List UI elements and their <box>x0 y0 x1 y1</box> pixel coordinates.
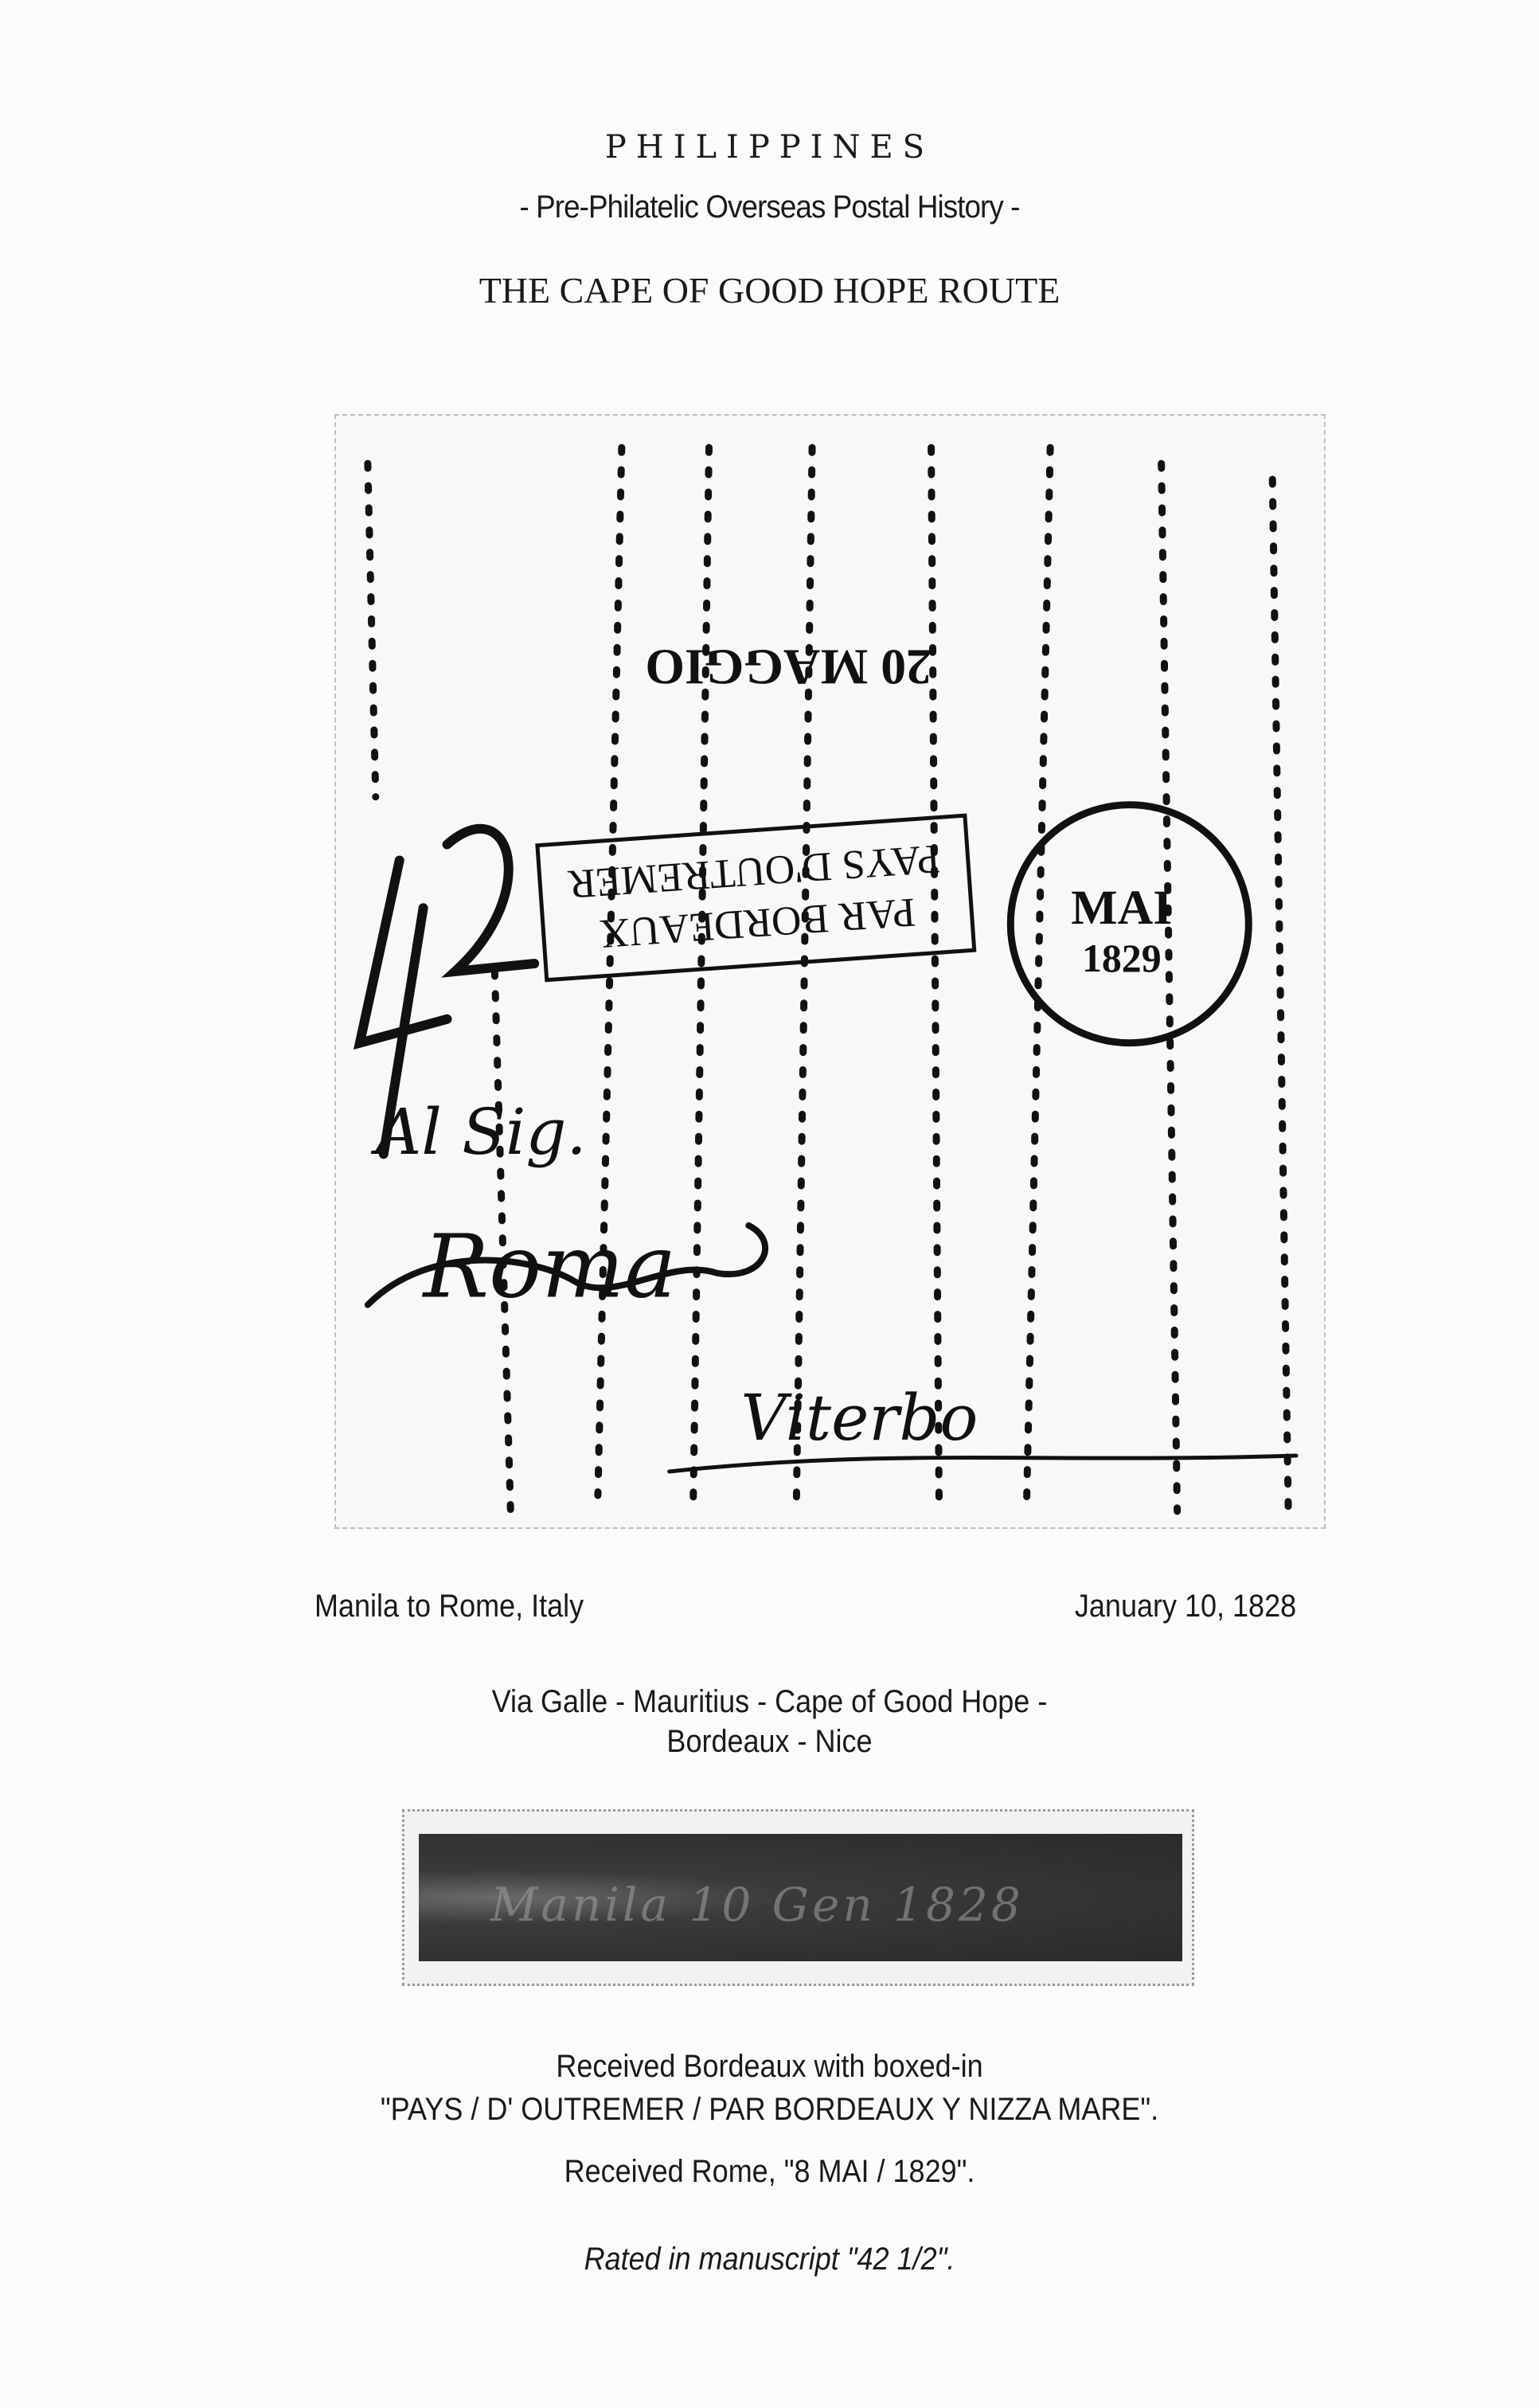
svg-text:Viterbo: Viterbo <box>740 1381 978 1455</box>
via-line-1: Via Galle - Mauritius - Cape of Good Hop… <box>77 1682 1463 1722</box>
letter-cover-image: PAYS D'OUTREMER PAR BORDEAUX 20 MAGGIO M… <box>334 414 1326 1529</box>
svg-text:Al Sig.: Al Sig. <box>370 1095 587 1169</box>
subtitle: - Pre-Philatelic Overseas Postal History… <box>61 190 1477 225</box>
docket-text: Manila 10 Gen 1828 <box>490 1878 1024 1932</box>
bordeaux-note-line-2: "PAYS / D' OUTREMER / PAR BORDEAUX Y NIZ… <box>77 2088 1463 2131</box>
docket-strip: Manila 10 Gen 1828 <box>419 1834 1182 1961</box>
via-line-2: Bordeaux - Nice <box>77 1722 1463 1761</box>
cover-illustration: PAYS D'OUTREMER PAR BORDEAUX 20 MAGGIO M… <box>336 416 1324 1527</box>
route-title: THE CAPE OF GOOD HOPE ROUTE <box>0 269 1539 311</box>
rome-note: Received Rome, "8 MAI / 1829". <box>77 2150 1463 2193</box>
date-caption: January 10, 1828 <box>1075 1589 1296 1624</box>
svg-text:1829: 1829 <box>1082 936 1162 980</box>
country-heading: PHILIPPINES <box>0 129 1539 166</box>
via-route: Via Galle - Mauritius - Cape of Good Hop… <box>77 1682 1463 1761</box>
docket-strip-image: Manila 10 Gen 1828 <box>402 1809 1194 1986</box>
rate-note: Rated in manuscript "42 1/2". <box>77 2238 1463 2281</box>
svg-text:Roma: Roma <box>422 1216 677 1318</box>
svg-text:20 MAGGIO: 20 MAGGIO <box>645 639 932 695</box>
bordeaux-note-line-1: Received Bordeaux with boxed-in <box>77 2045 1463 2088</box>
bordeaux-note: Received Bordeaux with boxed-in "PAYS / … <box>77 2045 1463 2131</box>
svg-text:MAI: MAI <box>1071 881 1172 935</box>
route-caption: Manila to Rome, Italy <box>314 1589 584 1624</box>
